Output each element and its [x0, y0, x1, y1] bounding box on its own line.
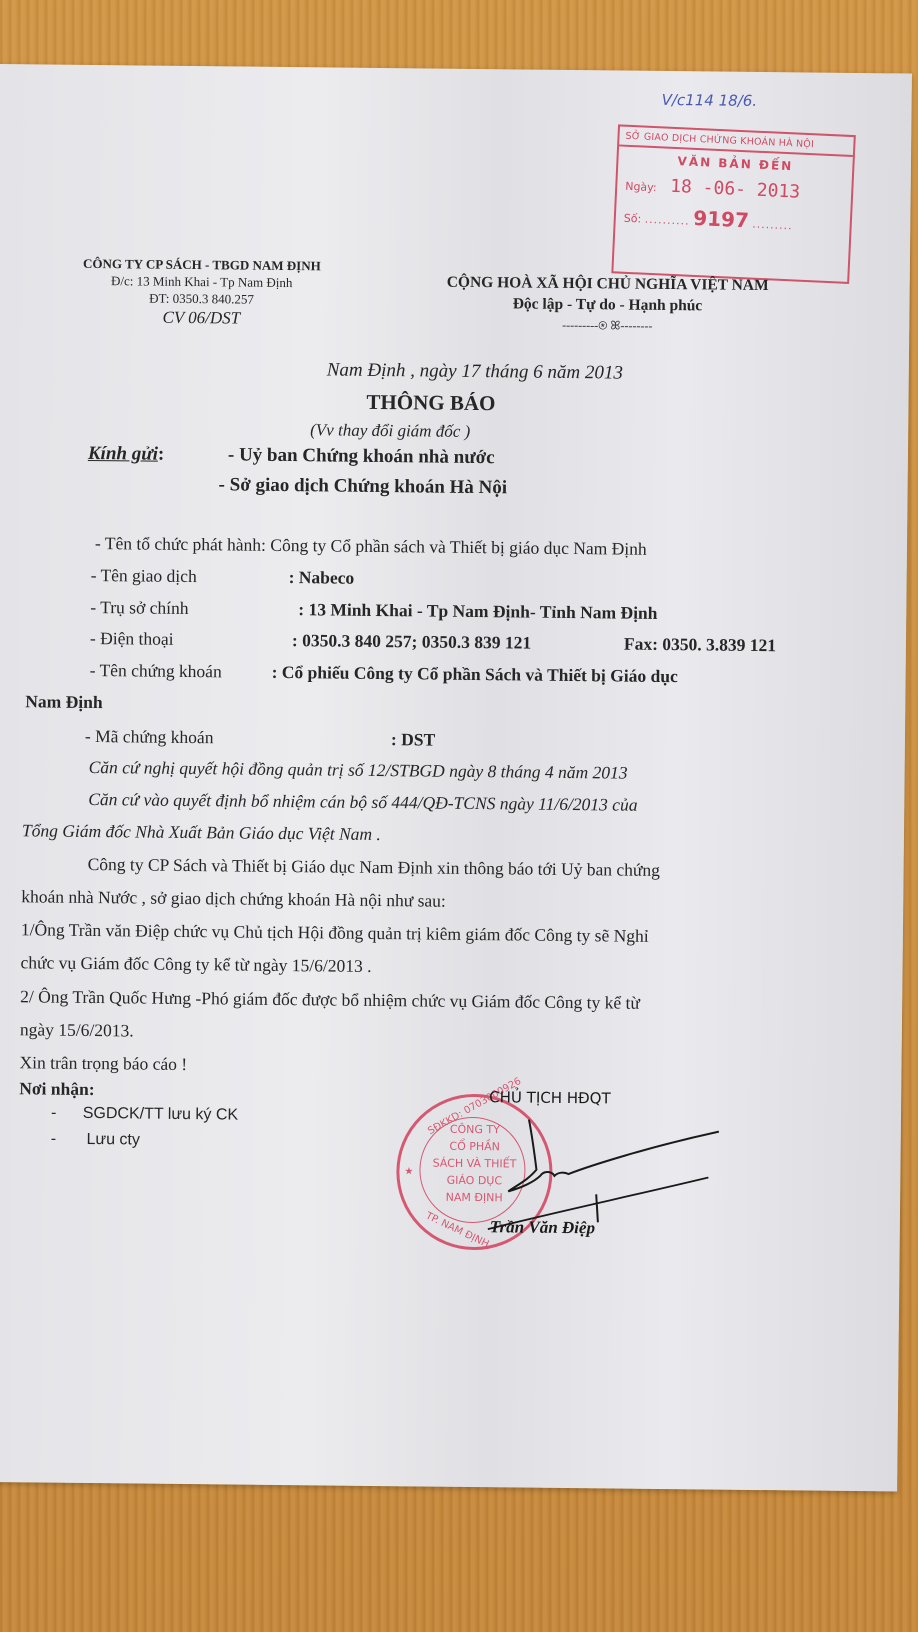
field-label: - Tên tổ chức phát hành: — [95, 533, 266, 555]
place-date: Nam Định , ngày 17 tháng 6 năm 2013 — [327, 359, 623, 384]
field-value-continuation: Nam Định — [25, 691, 103, 713]
distribution-label: Nơi nhận: — [19, 1078, 95, 1100]
signature-title: CHỦ TỊCH HĐQT — [489, 1088, 611, 1107]
body-item-2: 2/ Ông Trần Quốc Hưng -Phó giám đốc được… — [20, 986, 640, 1013]
stamp-date-row: Ngày: 18 -06- 2013 — [625, 174, 852, 205]
bullet: - — [51, 1131, 57, 1148]
field-label: - Điện thoại — [90, 628, 174, 650]
body-item-1-cont: chức vụ Giám đốc Công ty kể từ ngày 15/6… — [20, 952, 371, 977]
field-value: : Cổ phiếu Công ty Cổ phần Sách và Thiết… — [272, 662, 678, 687]
field-label: - Tên giao dịch — [91, 565, 197, 587]
stamp-number-label: Số: — [624, 212, 642, 226]
basis-line: Tổng Giám đốc Nhà Xuất Bản Giáo dục Việt… — [22, 820, 381, 845]
field-fax: Fax: 0350. 3.839 121 — [624, 634, 776, 657]
stamp-number-row: Số: .......... 9197 ......... — [623, 203, 850, 237]
field-label: - Tên chứng khoán — [90, 660, 222, 682]
body-paragraph: khoán nhà Nước , sở giao dịch chứng khoá… — [21, 886, 446, 911]
national-header-separator: ---------⊛ ꕤ-------- — [387, 313, 827, 339]
body-paragraph: Công ty CP Sách và Thiết bị Giáo dục Nam… — [88, 854, 661, 881]
recipient-item: - Uỷ ban Chứng khoán nhà nước — [228, 444, 495, 469]
document-title: THÔNG BÁO — [366, 390, 495, 416]
field-value: Công ty Cổ phần sách và Thiết bị giáo dụ… — [270, 535, 647, 559]
stamp-number-value: 9197 — [693, 206, 750, 233]
bullet: - — [51, 1105, 57, 1122]
body-item-1: 1/Ông Trần văn Điệp chức vụ Chủ tịch Hội… — [21, 919, 649, 947]
distribution-item: - SGDCK/TT lưu ký CK — [51, 1105, 238, 1125]
stamp-date-value: 18 -06- 2013 — [670, 176, 801, 203]
issuer-ref: CV 06/DST — [41, 305, 361, 330]
body-item-2-cont: ngày 15/6/2013. — [20, 1019, 134, 1041]
field-label: - Mã chứng khoán — [85, 726, 214, 748]
distribution-item: - Lưu cty — [51, 1131, 140, 1150]
distribution-item-text: SGDCK/TT lưu ký CK — [83, 1105, 238, 1124]
stamp-date-label: Ngày: — [625, 180, 657, 194]
national-header: CỘNG HOÀ XÃ HỘI CHỦ NGHĨA VIỆT NAM Độc l… — [387, 271, 828, 339]
signer-name: Trần Văn Điệp — [490, 1217, 595, 1238]
issuer-company: CÔNG TY CP SÁCH - TBGD NAM ĐỊNH — [42, 254, 362, 274]
field-label: - Trụ sở chính — [90, 597, 188, 619]
issuer-block: CÔNG TY CP SÁCH - TBGD NAM ĐỊNH Đ/c: 13 … — [41, 254, 362, 330]
document-subtitle: (Vv thay đổi giám đốc ) — [310, 420, 470, 442]
field-issuer-name: - Tên tổ chức phát hành: Công ty Cổ phần… — [95, 533, 647, 560]
stamp-dots: ......... — [752, 218, 793, 233]
closing-line: Xin trân trọng báo cáo ! — [19, 1052, 187, 1075]
basis-line: Căn cứ nghị quyết hội đồng quản trị số 1… — [89, 757, 628, 784]
recipients-colon: : — [158, 444, 165, 465]
distribution-item-text: Lưu cty — [86, 1131, 140, 1149]
field-value: : 0350.3 840 257; 0350.3 839 121 — [292, 630, 531, 654]
basis-line: Căn cứ vào quyết định bổ nhiệm cán bộ số… — [88, 789, 637, 816]
recipients-block: Kính gửi: — [88, 443, 165, 466]
stamp-dots: .......... — [644, 213, 690, 228]
field-value: : Nabeco — [289, 567, 355, 589]
handwritten-note: V/c114 18/6. — [662, 91, 758, 110]
received-stamp: SỞ GIAO DỊCH CHỨNG KHOÁN HÀ NỘI VĂN BẢN … — [611, 124, 856, 284]
recipients-label: Kính gửi — [88, 443, 158, 465]
document-paper: V/c114 18/6. SỞ GIAO DỊCH CHỨNG KHOÁN HÀ… — [0, 64, 912, 1491]
recipient-item: - Sở giao dịch Chứng khoán Hà Nội — [218, 474, 507, 499]
field-value: : DST — [391, 729, 435, 750]
field-value: : 13 Minh Khai - Tp Nam Định- Tỉnh Nam Đ… — [298, 599, 657, 624]
